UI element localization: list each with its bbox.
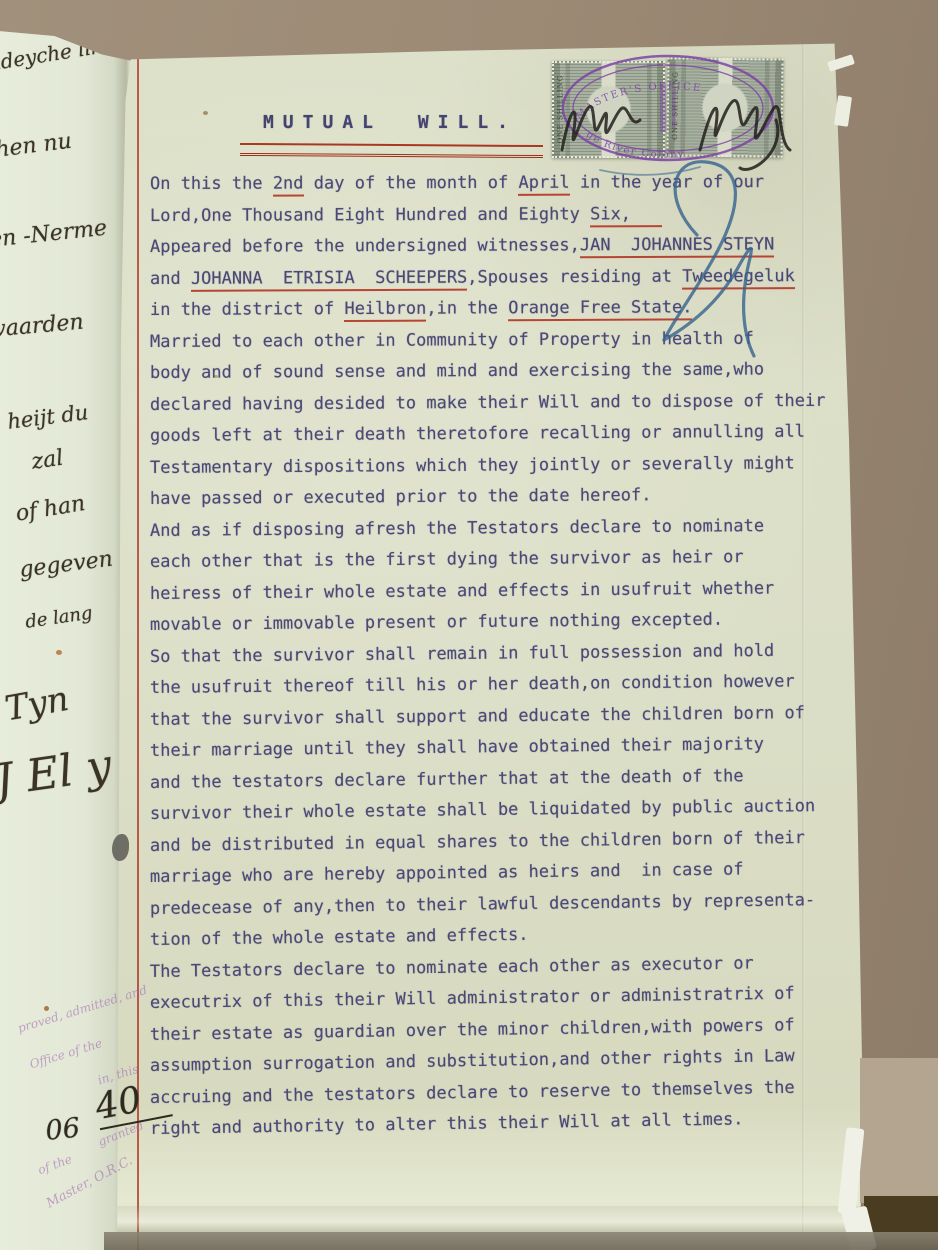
handwritten-text-fragment: ndeyche lik bbox=[0, 34, 104, 76]
fox-spot bbox=[203, 111, 208, 115]
cancel-stamp-bottom-text: ge River Colony bbox=[584, 129, 685, 160]
handwritten-text-fragment: zal bbox=[30, 446, 65, 475]
blue-handwritten-number bbox=[600, 162, 754, 356]
previous-page-edge: ndeyche likhen nuen -Nermewaardenheijt d… bbox=[0, 20, 136, 1250]
fox-spot bbox=[44, 1006, 49, 1011]
handwritten-text-fragment: en -Nerme bbox=[0, 216, 108, 253]
underlying-sheet-edge bbox=[860, 1058, 938, 1203]
fee-figure: 06 bbox=[44, 1112, 81, 1146]
svg-text:ge River Colony: ge River Colony bbox=[584, 129, 685, 160]
purple-oval-stamp: MASTER'S OFFICE ge River Colony bbox=[563, 56, 773, 160]
cancellation-marks: MASTER'S OFFICE ge River Colony bbox=[520, 40, 820, 380]
bottom-curl-crease bbox=[108, 1206, 868, 1232]
handwritten-text-fragment: waarden bbox=[0, 310, 85, 343]
fox-spot bbox=[214, 375, 218, 378]
handwritten-text-fragment: gegeven bbox=[18, 547, 114, 583]
handwritten-text-fragment: heijt du bbox=[6, 400, 90, 434]
handwritten-text-fragment: of han bbox=[14, 491, 87, 527]
handwritten-text-fragment: hen nu bbox=[0, 129, 73, 163]
bottom-shadow-band bbox=[104, 1232, 938, 1250]
handwritten-text-fragment: de lang bbox=[24, 603, 94, 633]
document-scan: ndeyche likhen nuen -Nermewaardenheijt d… bbox=[0, 0, 938, 1250]
torn-edge-bit bbox=[834, 95, 852, 127]
fox-spot bbox=[56, 650, 62, 655]
handwritten-text-fragment: J El y bbox=[0, 740, 115, 807]
handwritten-text-fragment: Tyn bbox=[2, 679, 72, 729]
